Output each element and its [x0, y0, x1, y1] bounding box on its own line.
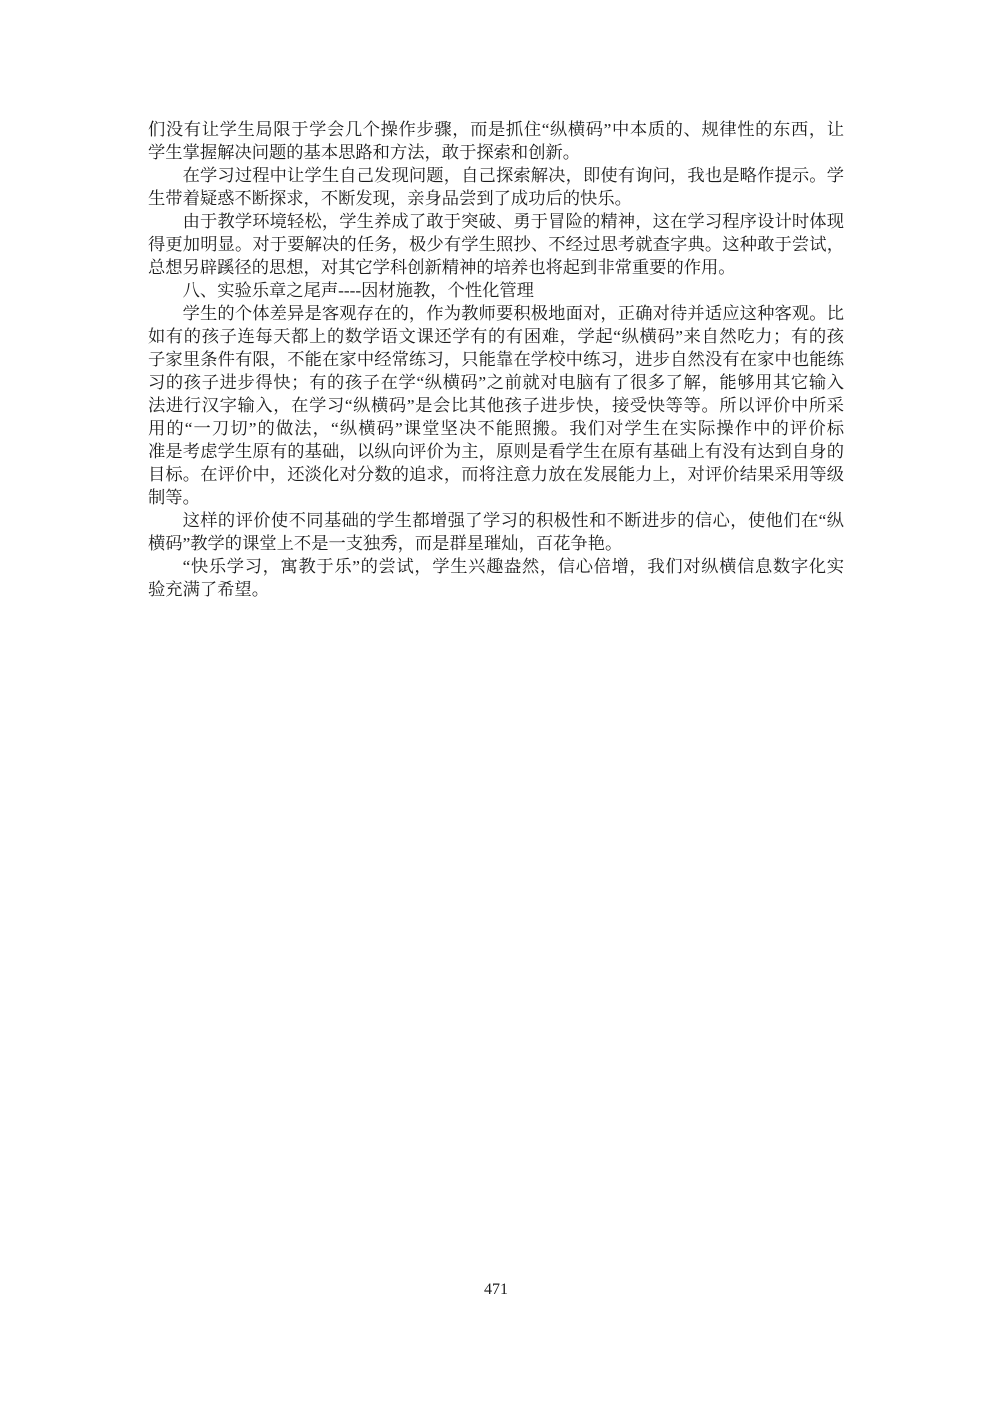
text-line: 目标。在评价中，还淡化对分数的追求，而将注意力放在发展能力上，对评价结果采用等级 [148, 463, 844, 486]
text-line: 用的“一刀切”的做法，“纵横码”课堂坚决不能照搬。我们对学生在实际操作中的评价标 [148, 417, 844, 440]
paragraph: 这样的评价使不同基础的学生都增强了学习的积极性和不断进步的信心，使他们在“纵 横… [148, 509, 844, 555]
text-line: 生带着疑惑不断探求，不断发现，亲身品尝到了成功后的快乐。 [148, 187, 844, 210]
text-line: 制等。 [148, 486, 844, 509]
text-line: 们没有让学生局限于学会几个操作步骤，而是抓住“纵横码”中本质的、规律性的东西，让 [148, 118, 844, 141]
text-line: 习的孩子进步得快；有的孩子在学“纵横码”之前就对电脑有了很多了解，能够用其它输入 [148, 371, 844, 394]
text-line: 由于教学环境轻松，学生养成了敢于突破、勇于冒险的精神，这在学习程序设计时体现 [148, 210, 844, 233]
page-number: 471 [0, 1281, 992, 1299]
paragraph: “快乐学习，寓教于乐”的尝试，学生兴趣盎然，信心倍增，我们对纵横信息数字化实 验… [148, 555, 844, 601]
paragraph: 在学习过程中让学生自己发现问题，自己探索解决，即使有询问，我也是略作提示。学 生… [148, 164, 844, 210]
paragraph: 由于教学环境轻松，学生养成了敢于突破、勇于冒险的精神，这在学习程序设计时体现 得… [148, 210, 844, 279]
text-line: 横码”教学的课堂上不是一支独秀，而是群星璀灿，百花争艳。 [148, 532, 844, 555]
text-line: “快乐学习，寓教于乐”的尝试，学生兴趣盎然，信心倍增，我们对纵横信息数字化实 [148, 555, 844, 578]
text-line: 总想另辟蹊径的思想，对其它学科创新精神的培养也将起到非常重要的作用。 [148, 256, 844, 279]
text-line: 学生的个体差异是客观存在的，作为教师要积极地面对，正确对待并适应这种客观。比 [148, 302, 844, 325]
text-line: 验充满了希望。 [148, 578, 844, 601]
body-text: 们没有让学生局限于学会几个操作步骤，而是抓住“纵横码”中本质的、规律性的东西，让… [148, 118, 844, 601]
text-line: 如有的孩子连每天都上的数学语文课还学有的有困难，学起“纵横码”来自然吃力；有的孩 [148, 325, 844, 348]
heading-line: 八、实验乐章之尾声----因材施教，个性化管理 [148, 279, 844, 302]
text-line: 法进行汉字输入，在学习“纵横码”是会比其他孩子进步快，接受快等等。所以评价中所采 [148, 394, 844, 417]
text-line: 子家里条件有限，不能在家中经常练习，只能靠在学校中练习，进步自然没有在家中也能练 [148, 348, 844, 371]
text-line: 得更加明显。对于要解决的任务，极少有学生照抄、不经过思考就查字典。这种敢于尝试， [148, 233, 844, 256]
paragraph: 们没有让学生局限于学会几个操作步骤，而是抓住“纵横码”中本质的、规律性的东西，让… [148, 118, 844, 164]
section-heading: 八、实验乐章之尾声----因材施教，个性化管理 [148, 279, 844, 302]
paragraph: 学生的个体差异是客观存在的，作为教师要积极地面对，正确对待并适应这种客观。比 如… [148, 302, 844, 509]
text-line: 这样的评价使不同基础的学生都增强了学习的积极性和不断进步的信心，使他们在“纵 [148, 509, 844, 532]
text-line: 学生掌握解决问题的基本思路和方法，敢于探索和创新。 [148, 141, 844, 164]
text-line: 在学习过程中让学生自己发现问题，自己探索解决，即使有询问，我也是略作提示。学 [148, 164, 844, 187]
text-line: 准是考虑学生原有的基础，以纵向评价为主，原则是看学生在原有基础上有没有达到自身的 [148, 440, 844, 463]
document-page: 们没有让学生局限于学会几个操作步骤，而是抓住“纵横码”中本质的、规律性的东西，让… [0, 0, 992, 1403]
